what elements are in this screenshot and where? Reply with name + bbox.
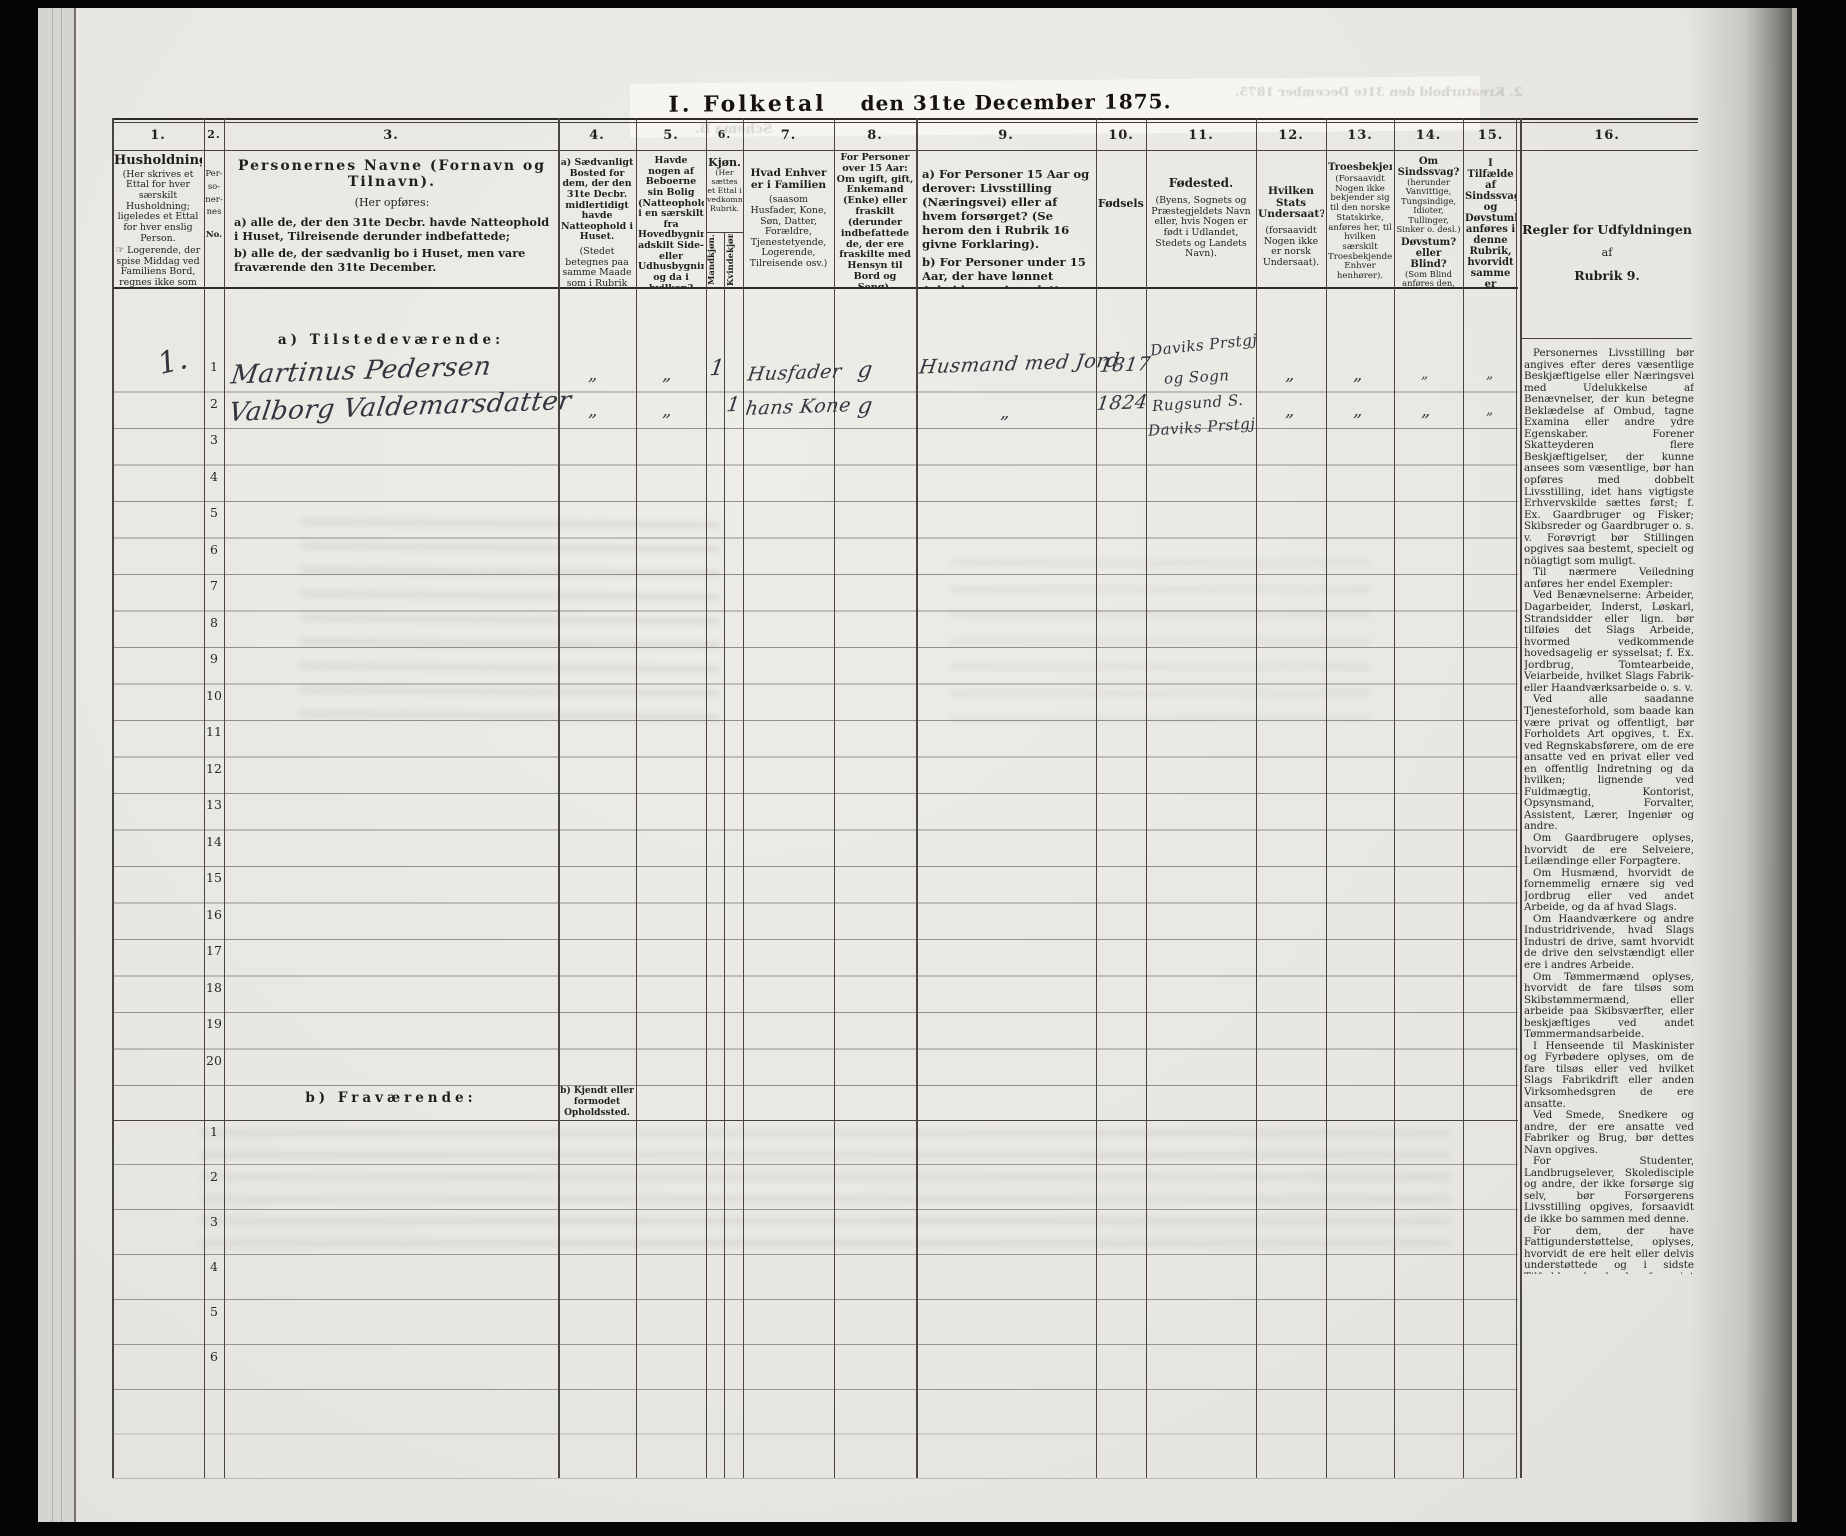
- col4-header: a) Sædvanligt Bosted for dem, der den 31…: [560, 158, 634, 287]
- col4-text: a) Sædvanligt Bosted for dem, der den 31…: [560, 158, 634, 243]
- column-divider: [743, 118, 744, 1478]
- row-number-a: 6: [204, 542, 224, 557]
- table-rows-ruling-extra: [112, 1390, 1518, 1479]
- col16-header: Regler for Udfyldningen af Rubrik 9.: [1520, 222, 1694, 332]
- col12-title: Hvilken Stats Undersaat?: [1258, 186, 1324, 221]
- col1-header: Husholdninger. (Her skrives et Ettal for…: [114, 153, 202, 287]
- col13-note: (Forsaavidt Nogen ikke bekjender sig til…: [1328, 175, 1392, 282]
- row-number-a: 20: [204, 1053, 224, 1068]
- col1-note2: ☞ Logerende, der spise Middag ved Famili…: [114, 246, 202, 287]
- section-a-label: a) Tilstedeværende:: [226, 332, 556, 348]
- col1-title: Husholdninger.: [114, 154, 202, 168]
- bleedthrough-verso-title: 2. Kreaturhold den 31te December 1875.: [1235, 84, 1523, 99]
- entry-ditto-mental: „: [1421, 400, 1430, 421]
- row-number-b: 2: [204, 1169, 224, 1184]
- row-number-a: 13: [204, 797, 224, 812]
- rules-paragraph: For Studenter, Landbrugselever, Skoledis…: [1524, 1156, 1694, 1225]
- entry-ditto-occupation: „: [1000, 402, 1009, 423]
- col12-note: (forsaavidt Nogen ikke er norsk Undersaa…: [1258, 226, 1324, 269]
- col2-header: Per- so- ner- nes No.: [204, 168, 224, 287]
- col5-text: Havde nogen af Beboerne sin Bolig (Natte…: [638, 156, 704, 287]
- col11-number: 11.: [1148, 128, 1254, 143]
- col6-header: Kjøn. (Her sættes et Ettal i vedkommende…: [707, 156, 742, 232]
- entry-ditto-outbuilding: „: [662, 400, 671, 421]
- col3-rule-b: b) alle de, der sædvanlig bo i Huset, me…: [234, 246, 550, 274]
- col6-number: 6.: [707, 128, 742, 141]
- section-b-residence-note: b) Kjendt eller formodet Opholdssted.: [560, 1086, 634, 1118]
- row-number-a: 14: [204, 834, 224, 849]
- entry-birth-year: 1824: [1095, 391, 1149, 415]
- scan-border: [1797, 0, 1846, 1536]
- column-divider: [834, 118, 835, 1478]
- col14-title: Om Sindssvag?: [1396, 156, 1461, 178]
- column-divider: [112, 118, 114, 1478]
- page-title-section: I. Folketal: [668, 91, 826, 118]
- table-rows-ruling-b: [112, 1120, 1518, 1390]
- col2-line: nes: [204, 206, 224, 219]
- rules-paragraph: Ved alle saadanne Tjenesteforhold, som b…: [1524, 694, 1694, 833]
- row-number-a: 4: [204, 469, 224, 484]
- col6-male-label: Mandkjøn.: [707, 234, 723, 286]
- column-divider: [724, 232, 725, 1478]
- col3-rule-a: a) alle de, der den 31te Decbr. havde Na…: [234, 215, 550, 243]
- col5-header: Havde nogen af Beboerne sin Bolig (Natte…: [638, 156, 704, 287]
- row-number-b: 6: [204, 1349, 224, 1364]
- col3-title: Personernes Navne (Fornavn og Tilnavn).: [234, 158, 550, 190]
- col14-note: (herunder Vanvittige, Tungsindige, Idiot…: [1396, 178, 1461, 235]
- page-title-date: den 31te December 1875.: [860, 89, 1171, 115]
- adjacent-page-edge: [38, 8, 76, 1522]
- col9-rule-a: a) For Personer 15 Aar og derover: Livss…: [922, 168, 1092, 251]
- col16-title2: af: [1520, 246, 1694, 259]
- col3-sub: (Her opføres:: [234, 196, 550, 209]
- rule-line: [112, 118, 1698, 120]
- row-number-a: 7: [204, 578, 224, 593]
- row-number-a: 2: [204, 396, 224, 411]
- column-divider: [1096, 118, 1097, 1478]
- page-crease: [52, 8, 53, 1522]
- column-divider: [916, 118, 918, 1478]
- col10-text: Fødselsaar.: [1098, 196, 1144, 213]
- col2-line: Per-: [204, 168, 224, 181]
- row-number-a: 19: [204, 1016, 224, 1031]
- col15-text: I Tilfælde af Sindssvaghed og Døvstumhed…: [1465, 158, 1516, 287]
- row-number-a: 5: [204, 505, 224, 520]
- row-number-a: 11: [204, 724, 224, 739]
- page-crease: [61, 8, 62, 1522]
- rules-paragraph: Ved Benævnelserne: Arbeider, Dagarbeider…: [1524, 590, 1694, 694]
- entry-family-position: hans Kone: [744, 394, 852, 420]
- col2-number: 2.: [204, 128, 224, 141]
- col7-number: 7.: [745, 128, 832, 143]
- entry-ditto-creed: „: [1353, 364, 1362, 385]
- row-number-a: 9: [204, 651, 224, 666]
- row-number-b: 4: [204, 1259, 224, 1274]
- col5-number: 5.: [638, 128, 704, 143]
- entry-ditto-mental: „: [1421, 366, 1428, 382]
- section-b-label: b) Fraværende:: [226, 1090, 556, 1106]
- col8-text: For Personer over 15 Aar: Om ugift, gift…: [836, 153, 914, 287]
- column-divider: [1256, 118, 1257, 1478]
- binding-gutter-right: [1688, 8, 1792, 1522]
- col16-number: 16.: [1520, 128, 1694, 143]
- col15-header: I Tilfælde af Sindssvaghed og Døvstumhed…: [1465, 158, 1516, 287]
- row-number-a: 1: [204, 359, 224, 374]
- column-divider: [1146, 118, 1147, 1478]
- col7-note: (saasom Husfader, Kone, Søn, Datter, For…: [745, 195, 832, 269]
- col8-number: 8.: [836, 128, 914, 143]
- col1-number: 1.: [114, 128, 202, 143]
- col7-title: Hvad Enhver er i Familien: [745, 168, 832, 191]
- rule-line: [112, 122, 1698, 123]
- entry-ditto-residence: „: [588, 400, 597, 421]
- col16-title3: Rubrik 9.: [1520, 268, 1694, 283]
- col16-title: Regler for Udfyldningen: [1520, 222, 1694, 237]
- row-number-b: 1: [204, 1124, 224, 1139]
- col11-header: Fødested. (Byens, Sognets og Præstegjeld…: [1148, 176, 1254, 287]
- rules-paragraph: Om Haandværkere og andre Industridrivend…: [1524, 914, 1694, 972]
- rules-paragraph: Om Husmænd, hvorvidt de fornemmelig ernæ…: [1524, 868, 1694, 914]
- col3-number: 3.: [226, 128, 556, 143]
- rules-paragraph: Til nærmere Veiledning anføres her endel…: [1524, 567, 1694, 590]
- col13-number: 13.: [1328, 128, 1392, 143]
- col13-title: Troesbekjendelse.: [1328, 162, 1392, 173]
- column-divider: [1463, 118, 1464, 1478]
- column-divider: [1394, 118, 1395, 1478]
- entry-family-position: Husfader: [746, 360, 843, 385]
- column-divider: [558, 118, 560, 1478]
- col12-header: Hvilken Stats Undersaat? (forsaavidt Nog…: [1258, 186, 1324, 287]
- col9-rule-b: b) For Personer under 15 Aar, der have l…: [922, 256, 1092, 287]
- row-number-b: 3: [204, 1214, 224, 1229]
- rules-paragraph: Om Tømmermænd oplyses, hvorvidt de fare …: [1524, 972, 1694, 1041]
- page-title: I. Folketal den 31te December 1875.: [640, 88, 1200, 118]
- rule-line: [112, 150, 1698, 151]
- rules-column: Personernes Livsstilling bør angives eft…: [1524, 348, 1694, 1274]
- rules-paragraph: Ved Smede, Snedkere og andre, der ere an…: [1524, 1110, 1694, 1156]
- col6-female-label: Kvindekjøn.: [726, 234, 742, 286]
- row-number-b: 5: [204, 1304, 224, 1319]
- col10-number: 10.: [1098, 128, 1144, 143]
- col11-title: Fødested.: [1148, 176, 1254, 190]
- rule-line: [1520, 338, 1692, 339]
- col14-number: 14.: [1396, 128, 1461, 143]
- entry-birth-year: 1817: [1098, 353, 1152, 377]
- col7-header: Hvad Enhver er i Familien (saasom Husfad…: [745, 168, 832, 287]
- table-rows-ruling-a: [112, 356, 1518, 1086]
- col6-note: (Her sættes et Ettal i vedkommende Rubri…: [707, 169, 742, 214]
- row-number-a: 8: [204, 615, 224, 630]
- rule-line: [112, 287, 1518, 289]
- entry-ditto-citizenship: „: [1285, 364, 1294, 385]
- entry-birthplace-line2: og Sogn: [1164, 366, 1230, 387]
- col4-number: 4.: [560, 128, 634, 143]
- column-divider: [1516, 118, 1517, 1478]
- rules-paragraph: Om Gaardbrugere oplyses, hvorvidt de ere…: [1524, 833, 1694, 868]
- col8-header: For Personer over 15 Aar: Om ugift, gift…: [836, 153, 914, 287]
- col14-title2: Døvstum? eller Blind?: [1396, 237, 1461, 270]
- rules-paragraph: I Henseende til Maskinister og Fyrbødere…: [1524, 1041, 1694, 1110]
- col12-number: 12.: [1258, 128, 1324, 143]
- scan-border: [0, 0, 1846, 8]
- rules-paragraph: For dem, der have Fattigunderstøttelse, …: [1524, 1226, 1694, 1274]
- col9-header: a) For Personer 15 Aar og derover: Livss…: [922, 168, 1092, 287]
- col1-note: (Her skrives et Ettal for hver særskilt …: [114, 170, 202, 244]
- col2-line: so-: [204, 181, 224, 194]
- rules-paragraph: Personernes Livsstilling bør angives eft…: [1524, 348, 1694, 567]
- row-number-a: 15: [204, 870, 224, 885]
- col2-line: ner-: [204, 194, 224, 207]
- entry-ditto-citizenship: „: [1285, 400, 1294, 421]
- col14-header: Om Sindssvag? (herunder Vanvittige, Tung…: [1396, 156, 1461, 287]
- entry-ditto-residence: „: [588, 364, 597, 385]
- scan-border: [0, 0, 38, 1536]
- scan-border: [0, 1522, 1846, 1536]
- entry-ditto-onset: „: [1486, 366, 1493, 382]
- row-number-a: 16: [204, 907, 224, 922]
- row-number-a: 17: [204, 943, 224, 958]
- column-divider: [706, 118, 707, 1478]
- entry-ditto-onset: „: [1486, 402, 1493, 418]
- column-divider: [224, 118, 225, 1478]
- col3-header: Personernes Navne (Fornavn og Tilnavn). …: [234, 158, 550, 287]
- row-number-a: 10: [204, 688, 224, 703]
- row-number-a: 3: [204, 432, 224, 447]
- col2-no-label: No.: [204, 229, 224, 242]
- col9-number: 9.: [918, 128, 1094, 143]
- col10-header: Fødselsaar.: [1098, 196, 1144, 256]
- entry-ditto-outbuilding: „: [662, 364, 671, 385]
- col4-note: (Stedet betegnes paa samme Maade som i R…: [560, 247, 634, 287]
- col14-note2: (Som Blind anføres den, der ikke har Gan…: [1396, 270, 1461, 287]
- column-divider: [1326, 118, 1327, 1478]
- scanned-census-page: I. Folketal den 31te December 1875. Sche…: [0, 0, 1846, 1536]
- col13-header: Troesbekjendelse. (Forsaavidt Nogen ikke…: [1328, 162, 1392, 287]
- column-divider: [636, 118, 637, 1478]
- row-number-a: 18: [204, 980, 224, 995]
- col15-number: 15.: [1465, 128, 1516, 143]
- col11-note: (Byens, Sognets og Præstegjeldets Navn e…: [1148, 196, 1254, 260]
- row-number-a: 12: [204, 761, 224, 776]
- entry-ditto-creed: „: [1353, 400, 1362, 421]
